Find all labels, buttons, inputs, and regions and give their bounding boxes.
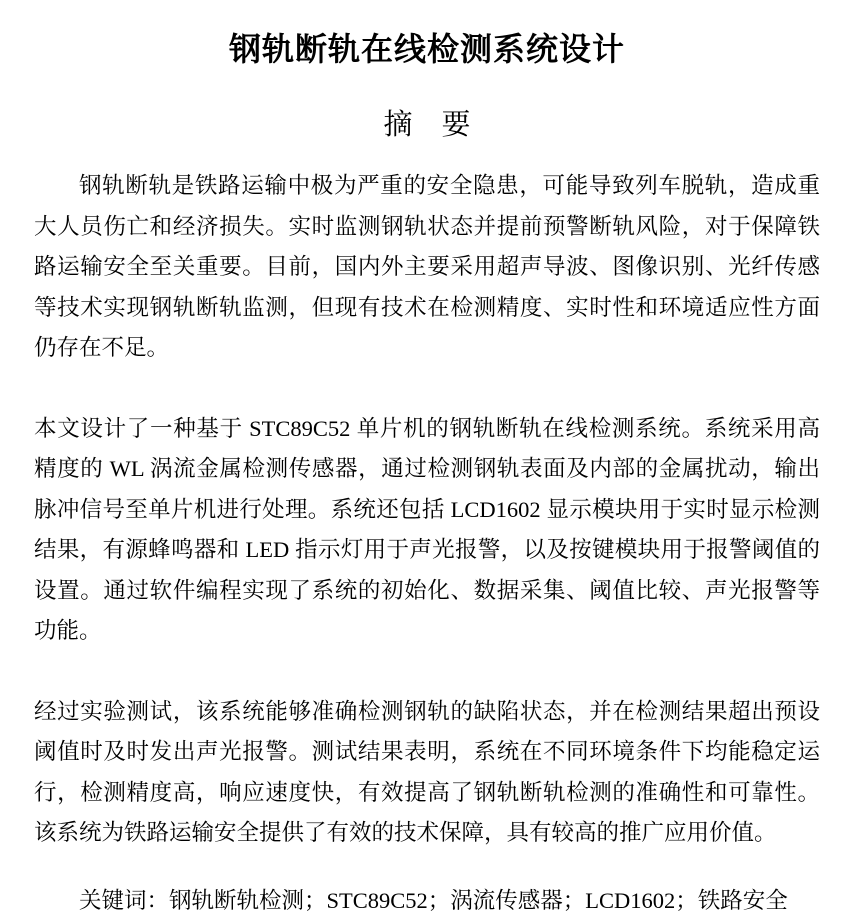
document-title: 钢轨断轨在线检测系统设计	[34, 26, 820, 72]
document-page: 钢轨断轨在线检测系统设计 摘 要 钢轨断轨是铁路运输中极为严重的安全隐患，可能导…	[0, 0, 852, 922]
abstract-paragraph-3: 经过实验测试，该系统能够准确检测钢轨的缺陷状态，并在检测结果超出预设阈值时及时发…	[34, 692, 820, 854]
abstract-paragraph-2: 本文设计了一种基于 STC89C52 单片机的钢轨断轨在线检测系统。系统采用高精…	[34, 409, 820, 652]
abstract-paragraph-1: 钢轨断轨是铁路运输中极为严重的安全隐患，可能导致列车脱轨，造成重大人员伤亡和经济…	[34, 166, 820, 369]
keywords-line: 关键词：钢轨断轨检测；STC89C52；涡流传感器；LCD1602；铁路安全	[34, 881, 820, 922]
abstract-heading: 摘 要	[34, 104, 820, 146]
